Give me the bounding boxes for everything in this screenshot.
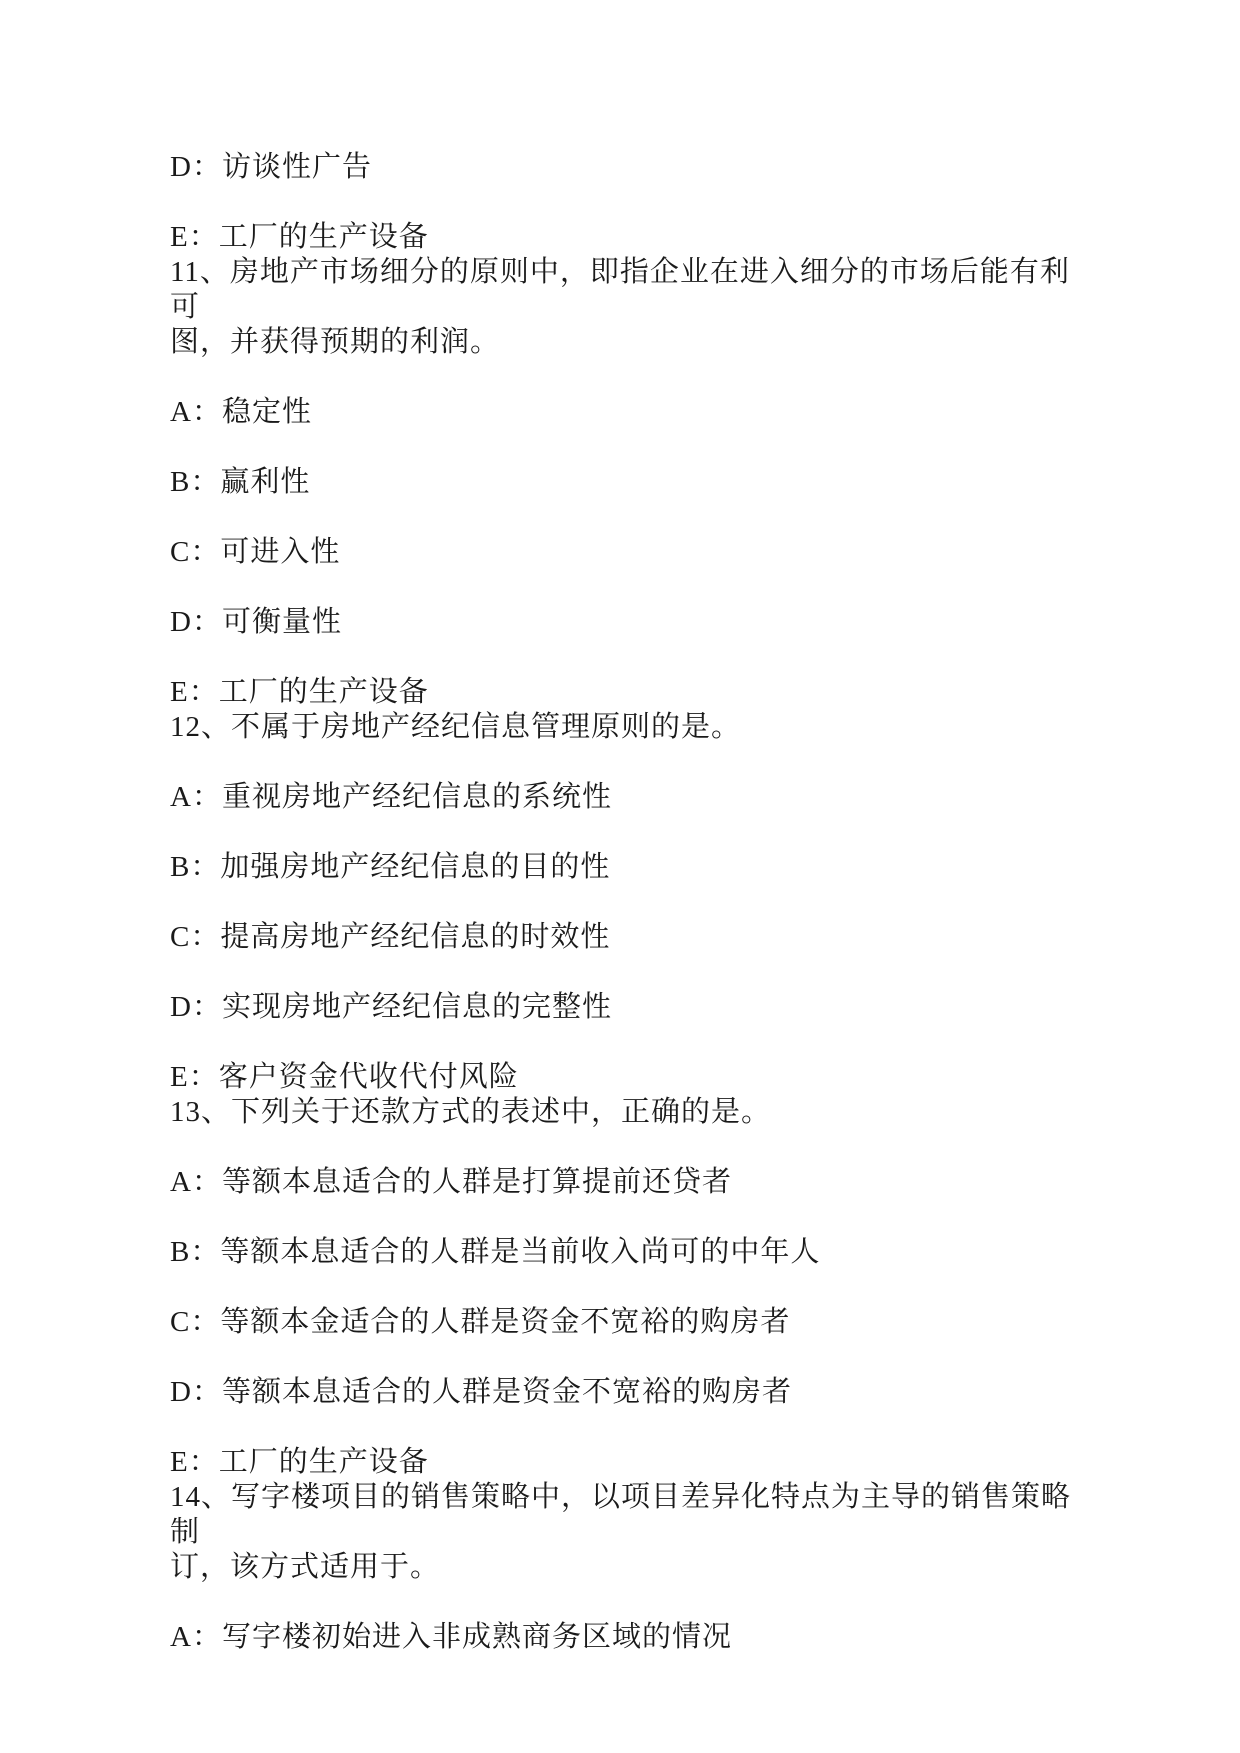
q11-option-b: B：赢利性 [170, 465, 1080, 500]
q11-option-a: A：稳定性 [170, 395, 1080, 430]
document-page: D：访谈性广告 E：工厂的生产设备 11、房地产市场细分的原则中，即指企业在进入… [0, 0, 1240, 1753]
question-13: 13、下列关于还款方式的表述中，正确的是。 [170, 1095, 1080, 1130]
prev-question-option-e: E：工厂的生产设备 [170, 220, 1080, 255]
q11-option-e: E：工厂的生产设备 [170, 675, 1080, 710]
q12-option-b: B：加强房地产经纪信息的目的性 [170, 850, 1080, 885]
q12-option-c: C：提高房地产经纪信息的时效性 [170, 920, 1080, 955]
q12-option-a: A：重视房地产经纪信息的系统性 [170, 780, 1080, 815]
q13-option-d: D：等额本息适合的人群是资金不宽裕的购房者 [170, 1375, 1080, 1410]
q13-option-b: B：等额本息适合的人群是当前收入尚可的中年人 [170, 1235, 1080, 1270]
q13-option-e: E：工厂的生产设备 [170, 1445, 1080, 1480]
q12-option-d: D：实现房地产经纪信息的完整性 [170, 990, 1080, 1025]
q13-option-a: A：等额本息适合的人群是打算提前还贷者 [170, 1165, 1080, 1200]
question-12: 12、不属于房地产经纪信息管理原则的是。 [170, 710, 1080, 745]
q11-option-d: D：可衡量性 [170, 605, 1080, 640]
q14-option-a: A：写字楼初始进入非成熟商务区域的情况 [170, 1620, 1080, 1655]
q13-option-c: C：等额本金适合的人群是资金不宽裕的购房者 [170, 1305, 1080, 1340]
q12-option-e: E：客户资金代收代付风险 [170, 1060, 1080, 1095]
prev-question-option-d: D：访谈性广告 [170, 150, 1080, 185]
q11-option-c: C：可进入性 [170, 535, 1080, 570]
question-14: 14、写字楼项目的销售策略中，以项目差异化特点为主导的销售策略制 订，该方式适用… [170, 1480, 1080, 1585]
question-11: 11、房地产市场细分的原则中，即指企业在进入细分的市场后能有利可 图，并获得预期… [170, 255, 1080, 360]
